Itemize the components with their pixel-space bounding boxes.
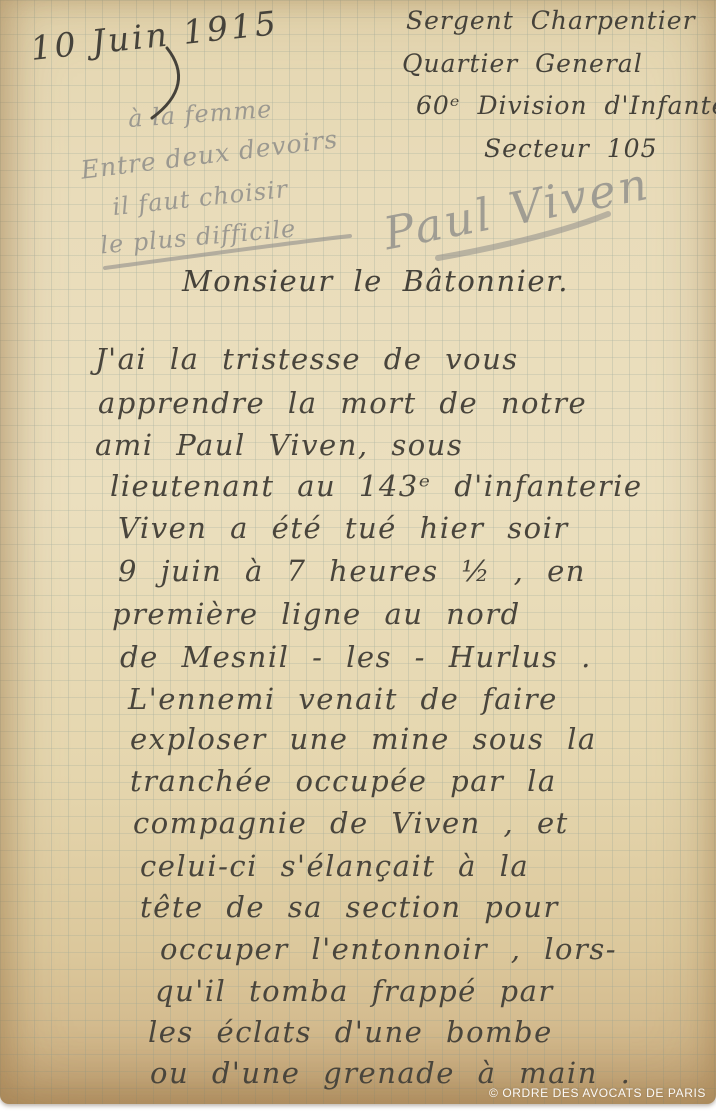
sender-name: Sergent Charpentier xyxy=(406,6,696,35)
body-line: occuper l'entonnoir , lors- xyxy=(160,932,617,966)
body-line: les éclats d'une bombe xyxy=(148,1015,553,1049)
body-line: celui-ci s'élançait à la xyxy=(140,849,529,883)
body-line: tête de sa section pour xyxy=(140,890,559,924)
body-line: première ligne au nord xyxy=(112,597,521,631)
body-line: lieutenant au 143ᵉ d'infanterie xyxy=(110,469,643,503)
body-line: qu'il tomba frappé par xyxy=(155,974,554,1008)
sender-unit-hq: Quartier General xyxy=(402,49,643,78)
body-line: 9 juin à 7 heures ½ , en xyxy=(118,554,586,588)
body-line: tranchée occupée par la xyxy=(130,764,557,798)
body-line: Viven a été tué hier soir xyxy=(118,511,569,545)
body-line: L'ennemi venait de faire xyxy=(128,682,558,716)
pencil-dedication-line: le plus difficile xyxy=(99,214,297,259)
pencil-name-paul-viven: Paul Viven xyxy=(379,157,654,261)
pencil-dedication-line: il faut choisir xyxy=(111,175,289,221)
salutation: Monsieur le Bâtonnier. xyxy=(182,264,569,298)
body-line: exploser une mine sous la xyxy=(130,722,597,756)
body-line: apprendre la mort de notre xyxy=(98,386,587,420)
pencil-dedication-line: à la femme xyxy=(127,95,273,133)
pencil-dedication-line: Entre deux devoirs xyxy=(79,124,339,184)
body-line: ami Paul Viven, sous xyxy=(95,428,463,462)
copyright-watermark: © ORDRE DES AVOCATS DE PARIS xyxy=(489,1086,706,1100)
body-line: de Mesnil - les - Hurlus . xyxy=(120,640,592,674)
sender-division: 60ᵉ Division d'Infanterie xyxy=(416,91,716,120)
body-line: J'ai la tristesse de vous xyxy=(95,342,519,376)
body-line: ou d'une grenade à main . xyxy=(150,1056,631,1090)
body-line: compagnie de Viven , et xyxy=(133,806,569,840)
letter-page: 10 Juin 1915 Sergent Charpentier Quartie… xyxy=(0,0,716,1104)
letter-date: 10 Juin 1915 xyxy=(29,3,281,68)
